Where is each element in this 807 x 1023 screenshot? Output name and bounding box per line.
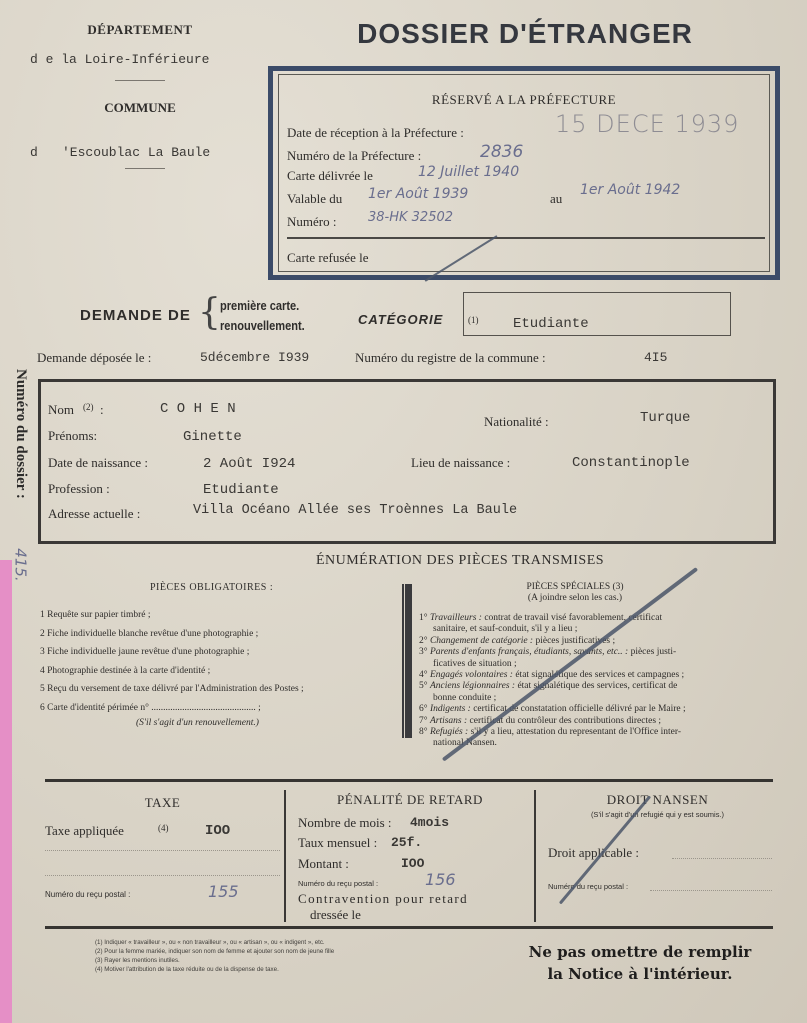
column-divider: [284, 790, 286, 922]
birth-place-label: Lieu de naissance :: [411, 455, 510, 471]
commune-prefix: d: [30, 145, 38, 160]
option-renewal: renouvellement.: [220, 316, 305, 336]
dossier-number-label: Numéro du dossier :: [11, 369, 29, 569]
months-value: 4mois: [410, 815, 449, 830]
option-first-card: première carte.: [220, 296, 305, 316]
nansen-title: DROIT NANSEN: [540, 792, 775, 808]
category-value: Etudiante: [513, 316, 589, 332]
footnotes: (1) Indiquer « travailleur », ou « non t…: [95, 938, 334, 974]
amount-label: Montant :: [298, 856, 349, 872]
commune-label: COMMUNE: [75, 100, 205, 116]
section-rule: [45, 926, 773, 929]
list-item: 2 Fiche individuelle blanche revêtue d'u…: [40, 625, 304, 644]
list-item: 5° Anciens légionnaires : état signaléti…: [419, 681, 779, 692]
register-number-label: Numéro du registre de la commune :: [355, 350, 546, 366]
months-label: Nombre de mois :: [298, 815, 392, 831]
prefecture-title: RÉSERVÉ A LA PRÉFECTURE: [278, 92, 770, 108]
list-item: 3 Fiche individuelle jaune revêtue d'une…: [40, 643, 304, 662]
footnote: (1) Indiquer « travailleur », ou « non t…: [95, 938, 334, 947]
commune-name: 'Escoublac La Baule: [62, 145, 210, 160]
reception-date-stamp: 15 DECE 1939: [555, 110, 739, 138]
filed-date-label: Demande déposée le :: [37, 350, 151, 366]
card-number-label: Numéro :: [287, 214, 336, 230]
birth-date-value: 2 Août I924: [203, 456, 295, 472]
list-item: 1° Travailleurs : contrat de travail vis…: [419, 613, 779, 624]
nationality-label: Nationalité :: [484, 414, 549, 430]
card-issued-label: Carte délivrée le: [287, 168, 373, 184]
register-number-value: 4I5: [644, 350, 667, 365]
list-item: 6 Carte d'identité périmée n° ..........…: [40, 699, 304, 718]
penalty-receipt-value: 156: [425, 870, 456, 889]
tax-receipt-value: 155: [208, 882, 239, 901]
monthly-rate-label: Taux mensuel :: [298, 835, 377, 851]
card-issued-value: 12 Juillet 1940: [418, 164, 519, 180]
notice-reminder: Ne pas omettre de remplir la Notice à l'…: [500, 941, 780, 985]
request-type-options: première carte. renouvellement.: [220, 296, 305, 336]
nationality-value: Turque: [640, 410, 690, 426]
category-label: CATÉGORIE: [358, 312, 443, 327]
ornament-divider: [125, 168, 165, 169]
valid-to-value: 1er Août 1942: [580, 182, 680, 198]
category-note: (1): [468, 315, 479, 325]
penalty-receipt-label: Numéro du reçu postal :: [298, 879, 378, 888]
page-title: DOSSIER D'ÉTRANGER: [300, 18, 750, 50]
contravention-date-label: dressée le: [310, 907, 361, 923]
list-item: 6° Indigents : certificat de constatatio…: [419, 704, 779, 715]
dotted-line: [650, 890, 772, 891]
first-names-label: Prénoms:: [48, 428, 97, 444]
dossier-number-value: 415.: [12, 548, 30, 581]
dotted-line: [45, 850, 280, 851]
surname-note: (2): [83, 402, 94, 412]
mandatory-documents-title: PIÈCES OBLIGATOIRES :: [150, 582, 273, 593]
list-item: 5 Reçu du versement de taxe délivré par …: [40, 680, 304, 699]
prefecture-number-value: 2836: [480, 142, 523, 162]
special-documents-list: 1° Travailleurs : contrat de travail vis…: [419, 613, 779, 750]
prefecture-number-label: Numéro de la Préfecture :: [287, 148, 421, 164]
column-divider: [402, 584, 404, 738]
list-item: 7° Artisans : certificat du contrôleur d…: [419, 716, 779, 727]
list-item: 4° Engagés volontaires : état signalétiq…: [419, 670, 779, 681]
mandatory-documents-list: 1 Requête sur papier timbré ; 2 Fiche in…: [40, 606, 304, 717]
section-rule: [45, 779, 773, 782]
monthly-rate-value: 25f.: [391, 835, 422, 850]
valid-from-value: 1er Août 1939: [368, 186, 468, 202]
column-divider: [405, 584, 412, 738]
tax-applied-value: IOO: [205, 823, 230, 839]
tax-title: TAXE: [45, 795, 280, 811]
list-item: 3° Parents d'enfants français, étudiants…: [419, 647, 779, 658]
separator-line: [287, 237, 765, 239]
contravention-label: Contravention pour retard: [298, 891, 468, 907]
reception-date-label: Date de réception à la Préfecture :: [287, 125, 464, 141]
ornament-divider: [115, 80, 165, 81]
footnote: (4) Motiver l'attribution de la taxe réd…: [95, 965, 334, 974]
colon: :: [100, 402, 104, 418]
nansen-subtitle: (S'il s'agit d'un refugié qui y est soum…: [540, 810, 775, 819]
mandatory-note: (S'il s'agit d'un renouvellement.): [136, 718, 259, 728]
first-names-value: Ginette: [183, 429, 242, 445]
filed-date-value: 5décembre I939: [200, 350, 309, 365]
surname-value: C O H E N: [160, 401, 236, 417]
tax-applied-note: (4): [158, 823, 169, 833]
brace-icon: {: [198, 295, 221, 331]
footnote: (3) Rayer les mentions inutiles.: [95, 956, 334, 965]
documents-section-title: ÉNUMÉRATION DES PIÈCES TRANSMISES: [160, 553, 760, 569]
birth-date-label: Date de naissance :: [48, 455, 148, 471]
surname-label: Nom: [48, 402, 74, 418]
valid-from-label: Valable du: [287, 191, 342, 207]
birth-place-value: Constantinople: [572, 455, 690, 471]
dotted-line: [672, 858, 772, 859]
nansen-applicable-label: Droit applicable :: [548, 845, 639, 861]
dotted-line: [45, 875, 280, 876]
footnote: (2) Pour la femme mariée, indiquer son n…: [95, 947, 334, 956]
request-type-label: DEMANDE DE: [80, 307, 191, 324]
profession-value: Etudiante: [203, 482, 279, 498]
address-value: Villa Océano Allée ses Troènnes La Baule: [193, 503, 517, 518]
amount-value: IOO: [401, 856, 424, 871]
profession-label: Profession :: [48, 481, 110, 497]
address-label: Adresse actuelle :: [48, 506, 140, 522]
tax-receipt-label: Numéro du reçu postal :: [45, 890, 130, 899]
department-name: d e la Loire-Inférieure: [30, 52, 209, 67]
column-divider: [534, 790, 536, 922]
nansen-receipt-label: Numéro du reçu postal :: [548, 882, 628, 891]
pink-folder-edge: [0, 560, 12, 1023]
list-item: 4 Photographie destinée à la carte d'ide…: [40, 662, 304, 681]
tax-applied-label: Taxe appliquée: [45, 823, 124, 839]
late-penalty-title: PÉNALITÉ DE RETARD: [290, 792, 530, 808]
category-box: [463, 292, 731, 336]
valid-to-label: au: [550, 191, 562, 207]
department-label: DÉPARTEMENT: [75, 22, 205, 38]
list-item: 1 Requête sur papier timbré ;: [40, 606, 304, 625]
special-documents-title: PIÈCES SPÉCIALES (3) (A joindre selon le…: [470, 582, 680, 604]
card-number-value: 38-HK 32502: [368, 210, 453, 225]
card-refused-label: Carte refusée le: [287, 250, 369, 266]
